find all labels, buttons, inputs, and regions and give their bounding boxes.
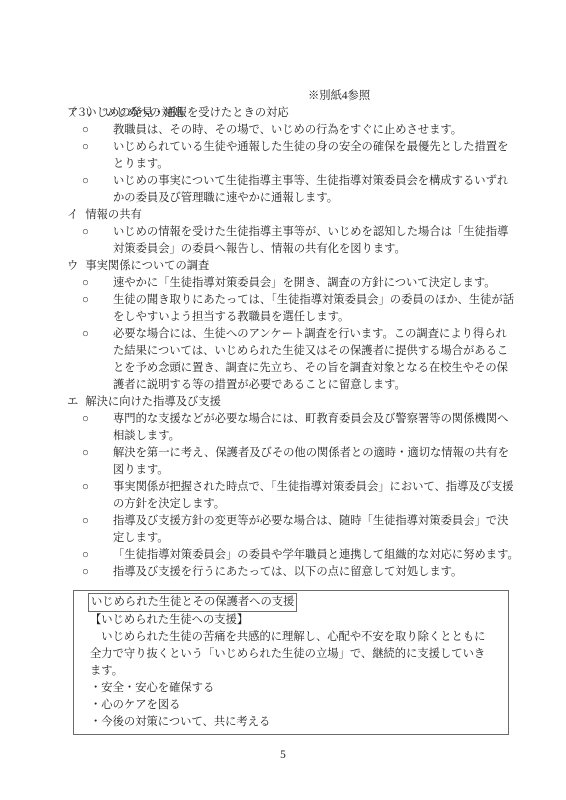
bullet-text: 速やかに「生徒指導対策委員会」を開き、調査の方針について決定します。 bbox=[113, 275, 496, 292]
bullet-text: 指導及び支援方針の変更等が必要な場合は、随時「生徒指導対策委員会」で決 定します… bbox=[113, 513, 508, 547]
bullet-item: ○ 専門的な支援などが必要な場合には、町教育委員会及び警察署等の関係機関へ 相談… bbox=[82, 411, 566, 445]
section-heading: （３） いじめへの対処 ※別紙4参照 bbox=[48, 88, 566, 105]
circle-bullet-icon: ○ bbox=[82, 411, 113, 445]
bullet-text: 専門的な支援などが必要な場合には、町教育委員会及び警察署等の関係機関へ 相談しま… bbox=[113, 411, 508, 445]
support-box: いじめられた生徒とその保護者への支援 【いじめられた生徒への支援】 いじめられた… bbox=[73, 590, 509, 735]
support-box-paragraph: いじめられた生徒の苦痛を共感的に理解し、心配や不安を取り除くとともに 全力で守り… bbox=[90, 629, 500, 680]
bullet-text: 「生徒指導対策委員会」の委員や学年職員と連携して組織的な対応に努めます。 bbox=[113, 547, 519, 564]
subsection-title-text: 情報の共有 bbox=[85, 207, 142, 224]
circle-bullet-icon: ○ bbox=[82, 122, 113, 139]
support-point: ・安全・安心を確保する bbox=[90, 680, 500, 697]
subsection-e-title: エ 解決に向けた指導及び支援 bbox=[67, 394, 566, 411]
circle-bullet-icon: ○ bbox=[82, 275, 113, 292]
subsection-label: ウ bbox=[67, 258, 78, 275]
bullet-item: ○ 「生徒指導対策委員会」の委員や学年職員と連携して組織的な対応に努めます。 bbox=[82, 547, 566, 564]
bullet-item: ○ 必要な場合には、生徒へのアンケート調査を行います。この調査により得られ た結… bbox=[82, 326, 566, 394]
page-number: 5 bbox=[0, 747, 566, 764]
circle-bullet-icon: ○ bbox=[82, 445, 113, 479]
circle-bullet-icon: ○ bbox=[82, 547, 113, 564]
circle-bullet-icon: ○ bbox=[82, 292, 113, 326]
bullet-item: ○ 生徒の聞き取りにあたっては、「生徒指導対策委員会」の委員のほか、生徒が話 を… bbox=[82, 292, 566, 326]
bullet-text: 解決を第一に考え、保護者及びその他の関係者との適時・適切な情報の共有を 図ります… bbox=[113, 445, 509, 479]
bullet-text: 指導及び支援を行うにあたっては、以下の点に留意して対処します。 bbox=[113, 564, 462, 581]
document-content: （３） いじめへの対処 ※別紙4参照 ア いじめの発見・通報を受けたときの対応 … bbox=[0, 0, 566, 764]
bullet-text: いじめられている生徒や通報した生徒の身の安全の確保を最優先とした措置を とります… bbox=[113, 139, 508, 173]
circle-bullet-icon: ○ bbox=[82, 224, 113, 258]
reference-note: ※別紙4参照 bbox=[308, 88, 370, 105]
subsection-i-title: イ 情報の共有 bbox=[67, 207, 566, 224]
bullet-item: ○ 指導及び支援方針の変更等が必要な場合は、随時「生徒指導対策委員会」で決 定し… bbox=[82, 513, 566, 547]
support-box-subtitle: 【いじめられた生徒への支援】 bbox=[90, 612, 500, 629]
support-point: ・今後の対策について、共に考える bbox=[90, 714, 500, 731]
bullet-item: ○ 速やかに「生徒指導対策委員会」を開き、調査の方針について決定します。 bbox=[82, 275, 566, 292]
subsection-title-text: 事実関係についての調査 bbox=[85, 258, 209, 275]
bullet-text: 教職員は、その時、その場で、いじめの行為をすぐに止めさせます。 bbox=[113, 122, 462, 139]
support-box-title: いじめられた生徒とその保護者への支援 bbox=[88, 593, 297, 612]
bullet-text: いじめの事実について生徒指導主事等、生徒指導対策委員会を構成するいずれ かの委員… bbox=[113, 173, 508, 207]
subsection-title-text: 解決に向けた指導及び支援 bbox=[85, 394, 221, 411]
circle-bullet-icon: ○ bbox=[82, 564, 113, 581]
subsection-label: エ bbox=[67, 394, 78, 411]
circle-bullet-icon: ○ bbox=[82, 326, 113, 394]
circle-bullet-icon: ○ bbox=[82, 479, 113, 513]
bullet-text: 事実関係が把握された時点で、「生徒指導対策委員会」において、指導及び支援 の方針… bbox=[113, 479, 514, 513]
bullet-item: ○ 解決を第一に考え、保護者及びその他の関係者との適時・適切な情報の共有を 図り… bbox=[82, 445, 566, 479]
bullet-text: 生徒の聞き取りにあたっては、「生徒指導対策委員会」の委員のほか、生徒が話 をしや… bbox=[113, 292, 514, 326]
document-page: （３） いじめへの対処 ※別紙4参照 ア いじめの発見・通報を受けたときの対応 … bbox=[0, 0, 566, 800]
bullet-item: ○ いじめられている生徒や通報した生徒の身の安全の確保を最優先とした措置を とり… bbox=[82, 139, 566, 173]
subsection-u-title: ウ 事実関係についての調査 bbox=[67, 258, 566, 275]
circle-bullet-icon: ○ bbox=[82, 139, 113, 173]
bullet-text: いじめの情報を受けた生徒指導主事等が、いじめを認知した場合は「生徒指導 対策委員… bbox=[113, 224, 508, 258]
circle-bullet-icon: ○ bbox=[82, 513, 113, 547]
bullet-item: ○ いじめの情報を受けた生徒指導主事等が、いじめを認知した場合は「生徒指導 対策… bbox=[82, 224, 566, 258]
support-point: ・心のケアを図る bbox=[90, 697, 500, 714]
bullet-item: ○ いじめの事実について生徒指導主事等、生徒指導対策委員会を構成するいずれ かの… bbox=[82, 173, 566, 207]
section-heading-text: （３） いじめへの対処 bbox=[65, 107, 184, 119]
circle-bullet-icon: ○ bbox=[82, 173, 113, 207]
subsection-label: イ bbox=[67, 207, 78, 224]
bullet-item: ○ 指導及び支援を行うにあたっては、以下の点に留意して対処します。 bbox=[82, 564, 566, 581]
bullet-item: ○ 教職員は、その時、その場で、いじめの行為をすぐに止めさせます。 bbox=[82, 122, 566, 139]
bullet-item: ○ 事実関係が把握された時点で、「生徒指導対策委員会」において、指導及び支援 の… bbox=[82, 479, 566, 513]
bullet-text: 必要な場合には、生徒へのアンケート調査を行います。この調査により得られ た結果に… bbox=[113, 326, 508, 394]
